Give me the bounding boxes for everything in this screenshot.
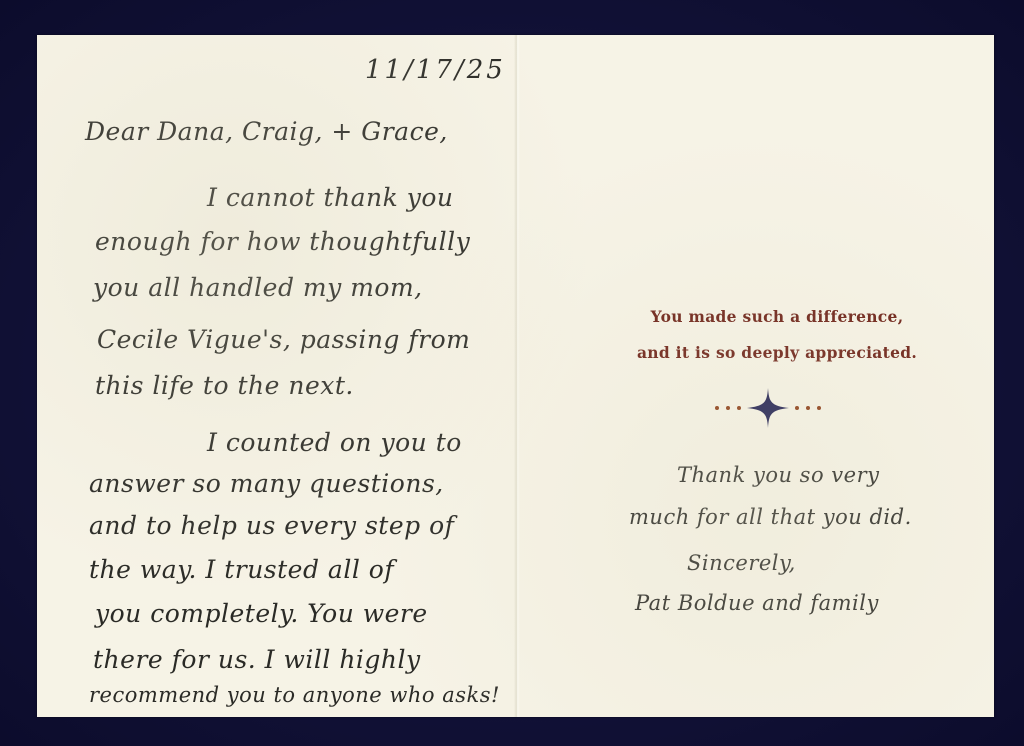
signature: Pat Boldue and family (635, 591, 879, 615)
letter-date: 11/17/25 (365, 55, 506, 85)
four-point-star-icon (747, 388, 789, 428)
letter-line: this life to the next. (95, 371, 354, 400)
letter-line: you all handled my mom, (93, 273, 423, 302)
closing-signoff: Sincerely, (687, 551, 796, 575)
ornament-dots-left (715, 406, 741, 410)
letter-line: Cecile Vigue's, passing from (97, 325, 470, 354)
letter-line: and to help us every step of (89, 511, 454, 540)
letter-line: enough for how thoughtfully (95, 227, 470, 256)
letter-line: there for us. I will highly (93, 645, 421, 674)
letter-line: answer so many questions, (89, 469, 444, 498)
closing-line: much for all that you did. (629, 505, 912, 529)
letter-line: recommend you to anyone who asks! (89, 683, 500, 707)
ornament-dots-right (795, 406, 821, 410)
ornament-divider (713, 393, 823, 423)
letter-salutation: Dear Dana, Craig, + Grace, (85, 117, 448, 146)
thank-you-card: 11/17/25 Dear Dana, Craig, + Grace, I ca… (37, 35, 994, 717)
closing-line: Thank you so very (677, 463, 879, 487)
letter-line: I counted on you to (207, 428, 462, 457)
printed-message-line-1: You made such a difference, (577, 307, 977, 326)
card-fold-line (514, 35, 520, 717)
printed-message-line-2: and it is so deeply appreciated. (577, 343, 977, 362)
letter-line: I cannot thank you (207, 183, 454, 212)
letter-line: you completely. You were (95, 599, 428, 628)
letter-line: the way. I trusted all of (89, 555, 394, 584)
